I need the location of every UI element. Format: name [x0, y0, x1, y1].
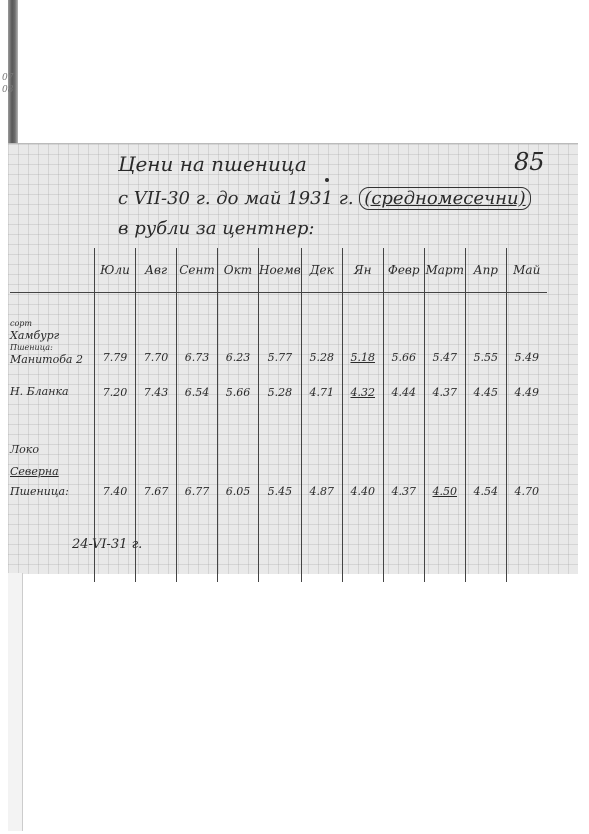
table-row: Локо Северна Пшеница: 7.40 7.67 6.77 6.0…	[10, 412, 547, 512]
price-cell: 4.49	[506, 372, 547, 412]
empty-cell	[342, 512, 383, 582]
price-cell: 5.45	[259, 412, 302, 512]
price-cell: 4.54	[465, 412, 506, 512]
column-header: Апр	[465, 248, 506, 292]
price-cell: 4.87	[301, 412, 342, 512]
price-cell: 5.66	[218, 372, 259, 412]
period-text: с VII-30 г. до май 1931 г.	[118, 188, 354, 209]
table-row: Н. Бланка 7.20 7.43 6.54 5.66 5.28 4.71 …	[10, 372, 547, 412]
price-cell: 7.20	[95, 372, 136, 412]
price-cell: 5.77	[259, 292, 302, 372]
column-header: Ноемв	[259, 248, 302, 292]
document-title: Цени на пшеница	[118, 152, 307, 176]
price-table: Юли Авг Сент Окт Ноемв Дек Ян Февр Март …	[10, 248, 547, 582]
price-cell: 5.28	[259, 372, 302, 412]
column-header: Март	[424, 248, 465, 292]
column-header: Сент	[177, 248, 218, 292]
price-cell: 6.05	[218, 412, 259, 512]
price-cell: 4.37	[383, 412, 424, 512]
row-label: сорт Хамбург Пшеница: Манитоба 2	[10, 292, 95, 372]
row-label: Н. Бланка	[10, 372, 95, 412]
column-header: Ян	[342, 248, 383, 292]
price-cell-underlined: 5.18	[342, 292, 383, 372]
price-cell-underlined: 4.50	[424, 412, 465, 512]
empty-cell	[218, 512, 259, 582]
page-margin	[8, 573, 23, 831]
header-row: Юли Авг Сент Окт Ноемв Дек Ян Февр Март …	[10, 248, 547, 292]
price-cell: 5.49	[506, 292, 547, 372]
table-row: сорт Хамбург Пшеница: Манитоба 2 7.79 7.…	[10, 292, 547, 372]
price-cell: 4.44	[383, 372, 424, 412]
price-cell-underlined: 4.32	[342, 372, 383, 412]
row-label: Локо Северна Пшеница:	[10, 412, 95, 512]
price-cell: 7.43	[136, 372, 177, 412]
price-cell: 4.71	[301, 372, 342, 412]
average-note: (средномесечни)	[359, 187, 530, 210]
column-header: Окт	[218, 248, 259, 292]
ink-dot	[325, 178, 329, 182]
price-cell: 4.45	[465, 372, 506, 412]
document-subtitle: с VII-30 г. до май 1931 г. (средномесечн…	[118, 188, 531, 209]
empty-cell	[424, 512, 465, 582]
empty-cell	[301, 512, 342, 582]
column-header: Май	[506, 248, 547, 292]
price-cell: 5.28	[301, 292, 342, 372]
unit-line: в рубли за центнер:	[118, 218, 314, 239]
column-header: Февр	[383, 248, 424, 292]
document-date: 24-VI-31 г.	[72, 537, 142, 552]
price-cell: 6.77	[177, 412, 218, 512]
empty-cell	[383, 512, 424, 582]
price-cell: 4.40	[342, 412, 383, 512]
column-header: Дек	[301, 248, 342, 292]
empty-cell	[259, 512, 302, 582]
price-cell: 7.70	[136, 292, 177, 372]
empty-cell	[465, 512, 506, 582]
price-cell: 6.73	[177, 292, 218, 372]
column-header: Юли	[95, 248, 136, 292]
price-cell: 6.54	[177, 372, 218, 412]
price-cell: 6.23	[218, 292, 259, 372]
page-number: 85	[514, 148, 545, 176]
margin-note: 07 08	[2, 72, 22, 96]
price-cell: 4.70	[506, 412, 547, 512]
price-cell: 7.79	[95, 292, 136, 372]
price-cell: 5.55	[465, 292, 506, 372]
column-header: Авг	[136, 248, 177, 292]
price-cell: 7.67	[136, 412, 177, 512]
price-cell: 7.40	[95, 412, 136, 512]
price-cell: 5.66	[383, 292, 424, 372]
corner-cell	[10, 248, 95, 292]
price-cell: 5.47	[424, 292, 465, 372]
empty-cell	[506, 512, 547, 582]
price-cell: 4.37	[424, 372, 465, 412]
empty-cell	[177, 512, 218, 582]
